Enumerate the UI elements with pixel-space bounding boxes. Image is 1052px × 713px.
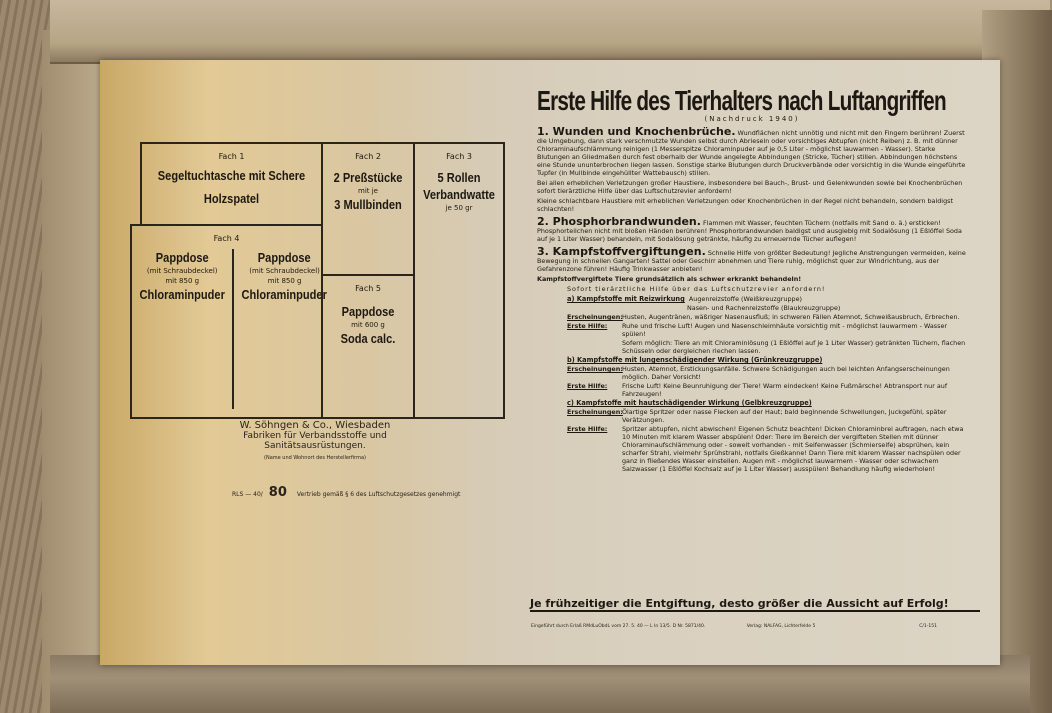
compartment-item: Pappdose (330, 303, 407, 320)
form-code: C/1-151 (919, 624, 937, 629)
compartment-3: Fach 3 5 Rollen Verbandwatte je 50 gr (413, 142, 505, 419)
compartment-item: Chloraminpuder (140, 286, 225, 303)
motto-banner: Je frühzeitiger die Entgiftung, desto gr… (530, 597, 980, 612)
aid-text: Sofern möglich: Tiere an mit Chloraminlö… (622, 339, 967, 355)
compartment-item: Segeltuchtasche mit Schere (155, 167, 307, 184)
symptoms-label: Erscheinungen: (567, 313, 622, 321)
subsection-label: b) Kampfstoffe mit lungenschädigender Wi… (567, 356, 822, 364)
approval-line: RLS — 40/80Vertrieb gemäß § 6 des Luftsc… (232, 485, 460, 500)
symptoms-label: Erscheinungen: (567, 408, 622, 424)
approval-text: Vertrieb gemäß § 6 des Luftschutzgesetze… (297, 491, 461, 498)
poster-footer: Eingeführt durch Erlaß RMdLuObdL vom 27.… (531, 624, 991, 629)
compartment-item: 5 Rollen (422, 169, 497, 186)
subsection-label: a) Kampfstoffe mit Reizwirkung (567, 295, 685, 303)
symptoms-text: Husten, Atemnot, Erstickungsanfälle. Sch… (622, 365, 967, 381)
section-phosphorus: 2. Phosphorbrandwunden. Flammen mit Wass… (537, 218, 967, 243)
compartment-item: Verbandwatte (422, 186, 497, 203)
compartment-item: je 50 gr (415, 203, 503, 213)
section-text: Sofort tierärztliche Hilfe über das Luft… (567, 285, 967, 293)
poster-title: Erste Hilfe des Tierhalters nach Luftang… (537, 85, 855, 117)
compartment-4: Fach 4 Pappdose (mit Schraubdeckel) mit … (130, 224, 323, 419)
section-text: Bei allen erheblichen Verletzungen große… (537, 179, 967, 195)
decree-text: Eingeführt durch Erlaß RMdLuObdL vom 27.… (531, 624, 705, 629)
compartment-item: (mit Schraubdeckel) (132, 266, 232, 276)
compartment-item: 2 Preßstücke (330, 169, 407, 186)
aid-text: Spritzer abtupfen, nicht abwischen! Eige… (622, 425, 967, 473)
manufacturer-note: (Name und Wohnort des Herstellerfirma) (190, 455, 440, 461)
manufacturer-name: W. Söhngen & Co., Wiesbaden (190, 420, 440, 431)
compartment-label: Fach 3 (415, 152, 503, 161)
approval-code: RLS — 40/ (232, 491, 263, 498)
compartment-item: (mit Schraubdeckel) (234, 266, 334, 276)
compartment-label: Fach 5 (323, 284, 413, 293)
compartment-label: Fach 2 (323, 152, 413, 161)
compartment-item: Chloraminpuder (242, 286, 327, 303)
aid-text: Frische Luft! Keine Beunruhigung der Tie… (622, 382, 967, 398)
compartment-item: mit je (323, 186, 413, 196)
compartment-item: Soda calc. (330, 330, 407, 347)
compartment-2: Fach 2 2 Preßstücke mit je 3 Mullbinden (321, 142, 415, 276)
aid-text: Ruhe und frische Luft! Augen und Nasensc… (622, 322, 967, 338)
instructions-column: Erste Hilfe des Tierhalters nach Luftang… (537, 85, 967, 474)
agent-group: Augenreizstoffe (Weißkreuzgruppe) (689, 295, 802, 303)
subsection-lung-agents: b) Kampfstoffe mit lungenschädigender Wi… (567, 356, 967, 398)
subsection-label: c) Kampfstoffe mit hautschädigender Wirk… (567, 399, 812, 407)
compartment-item: 3 Mullbinden (330, 196, 407, 213)
compartment-item: Pappdose (242, 249, 327, 266)
compartment-item: Holzspatel (155, 190, 307, 207)
compartment-item: Pappdose (140, 249, 225, 266)
agent-group: Nasen- und Rachenreizstoffe (Blaukreuzgr… (687, 304, 840, 312)
section-text: Kleine schlachtbare Haustiere mit erhebl… (537, 197, 967, 213)
wooden-box: Fach 1 Segeltuchtasche mit Schere Holzsp… (0, 0, 1052, 713)
section-text: Wundflächen nicht unnötig und nicht mit … (537, 129, 965, 177)
compartment-1: Fach 1 Segeltuchtasche mit Schere Holzsp… (140, 142, 323, 226)
section-text: Kampfstoffvergiftete Tiere grundsätzlich… (537, 275, 967, 283)
symptoms-text: Ölartige Spritzer oder nasse Flecken auf… (622, 408, 967, 424)
compartment-item: mit 600 g (323, 320, 413, 330)
compartment-item: mit 850 g (132, 276, 232, 286)
aid-label: Erste Hilfe: (567, 382, 622, 398)
subsection-skin-agents: c) Kampfstoffe mit hautschädigender Wirk… (567, 399, 967, 473)
manufacturer-line: Fabriken für Verbandsstoffe und (190, 431, 440, 441)
section-wounds: 1. Wunden und Knochenbrüche. Wundflächen… (537, 128, 967, 213)
compartment-label: Fach 4 (132, 234, 321, 243)
manufacturer-line: Sanitätsausrüstungen. (190, 441, 440, 451)
compartment-diagram: Fach 1 Segeltuchtasche mit Schere Holzsp… (130, 142, 505, 419)
compartment-item: mit 850 g (234, 276, 334, 286)
symptoms-label: Erscheinungen: (567, 365, 622, 381)
compartment-label: Fach 1 (142, 152, 321, 161)
subsection-irritants: a) Kampfstoffe mit Reizwirkung Augenreiz… (567, 295, 967, 355)
aid-label: Erste Hilfe: (567, 425, 622, 473)
aid-label: Erste Hilfe: (567, 322, 622, 338)
section-chemical-agents: 3. Kampfstoffvergiftungen. Schnelle Hilf… (537, 248, 967, 473)
box-lid-frame (50, 0, 1050, 64)
manufacturer-block: W. Söhngen & Co., Wiesbaden Fabriken für… (190, 420, 440, 461)
approval-number: 80 (269, 485, 287, 500)
compartment-5: Fach 5 Pappdose mit 600 g Soda calc. (321, 274, 415, 419)
symptoms-text: Husten, Augentränen, wäßriger Nasenausfl… (622, 313, 960, 321)
publisher-text: Verlag: NALFAG, Lichterfelde 5 (747, 624, 816, 629)
